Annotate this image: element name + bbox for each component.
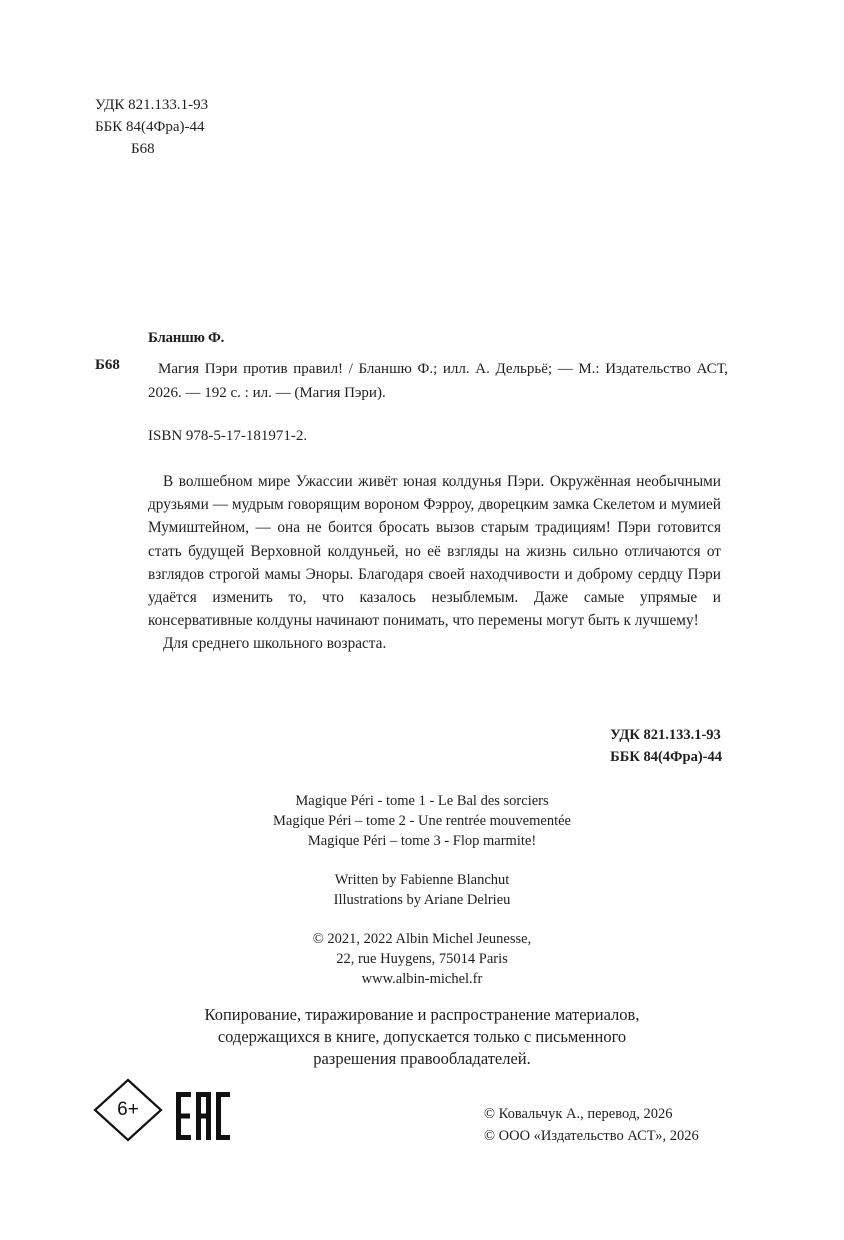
eac-conformity-icon xyxy=(176,1092,230,1140)
original-series-list: Magique Péri - tome 1 - Le Bal des sorci… xyxy=(0,791,844,851)
age-audience-note: Для среднего школьного возраста. xyxy=(148,632,721,655)
footer-classification: УДК 821.133.1-93 ББК 84(4Фра)-44 xyxy=(610,724,722,768)
copy-notice-line: Копирование, тиражирование и распростран… xyxy=(0,1004,844,1026)
bbk-code: ББК 84(4Фра)-44 xyxy=(610,746,722,768)
copy-notice-line: содержащихся в книге, допускается только… xyxy=(0,1026,844,1048)
age-rating-badge: 6+ xyxy=(93,1078,163,1142)
bibliographic-description: Магия Пэри против правил! / Бланшю Ф.; и… xyxy=(148,357,728,405)
illustrator-credit: Illustrations by Ariane Delrieu xyxy=(0,890,844,910)
copy-notice-line: разрешения правообладателей. xyxy=(0,1048,844,1070)
annotation-paragraph: В волшебном мире Ужассии живёт юная колд… xyxy=(148,470,721,632)
top-classification: УДК 821.133.1-93 ББК 84(4Фра)-44 Б68 xyxy=(95,94,208,160)
udk-code: УДК 821.133.1-93 xyxy=(95,94,208,116)
series-title: Magique Péri - tome 1 - Le Bal des sorci… xyxy=(0,791,844,811)
rights-holder: © 2021, 2022 Albin Michel Jeunesse, xyxy=(0,929,844,949)
publisher-copyright: © ООО «Издательство АСТ», 2026 xyxy=(484,1125,699,1147)
series-title: Magique Péri – tome 2 - Une rentrée mouv… xyxy=(0,811,844,831)
record-cutter: Б68 xyxy=(95,357,120,374)
copyright-block: © Ковальчук А., перевод, 2026 © ООО «Изд… xyxy=(484,1103,699,1147)
bbk-code: ББК 84(4Фра)-44 xyxy=(95,116,208,138)
original-rights: © 2021, 2022 Albin Michel Jeunesse, 22, … xyxy=(0,929,844,989)
copy-notice: Копирование, тиражирование и распростран… xyxy=(0,1004,844,1070)
cutter-code: Б68 xyxy=(95,138,208,160)
udk-code: УДК 821.133.1-93 xyxy=(610,724,722,746)
original-credits: Written by Fabienne Blanchut Illustratio… xyxy=(0,870,844,910)
annotation: В волшебном мире Ужассии живёт юная колд… xyxy=(148,470,721,656)
age-rating-text: 6+ xyxy=(93,1078,163,1142)
rights-address: 22, rue Huygens, 75014 Paris xyxy=(0,949,844,969)
author-credit: Written by Fabienne Blanchut xyxy=(0,870,844,890)
series-title: Magique Péri – tome 3 - Flop marmite! xyxy=(0,831,844,851)
isbn: ISBN 978-5-17-181971-2. xyxy=(148,428,307,445)
author-heading: Бланшю Ф. xyxy=(148,330,224,347)
translation-copyright: © Ковальчук А., перевод, 2026 xyxy=(484,1103,699,1125)
rights-website: www.albin-michel.fr xyxy=(0,969,844,989)
